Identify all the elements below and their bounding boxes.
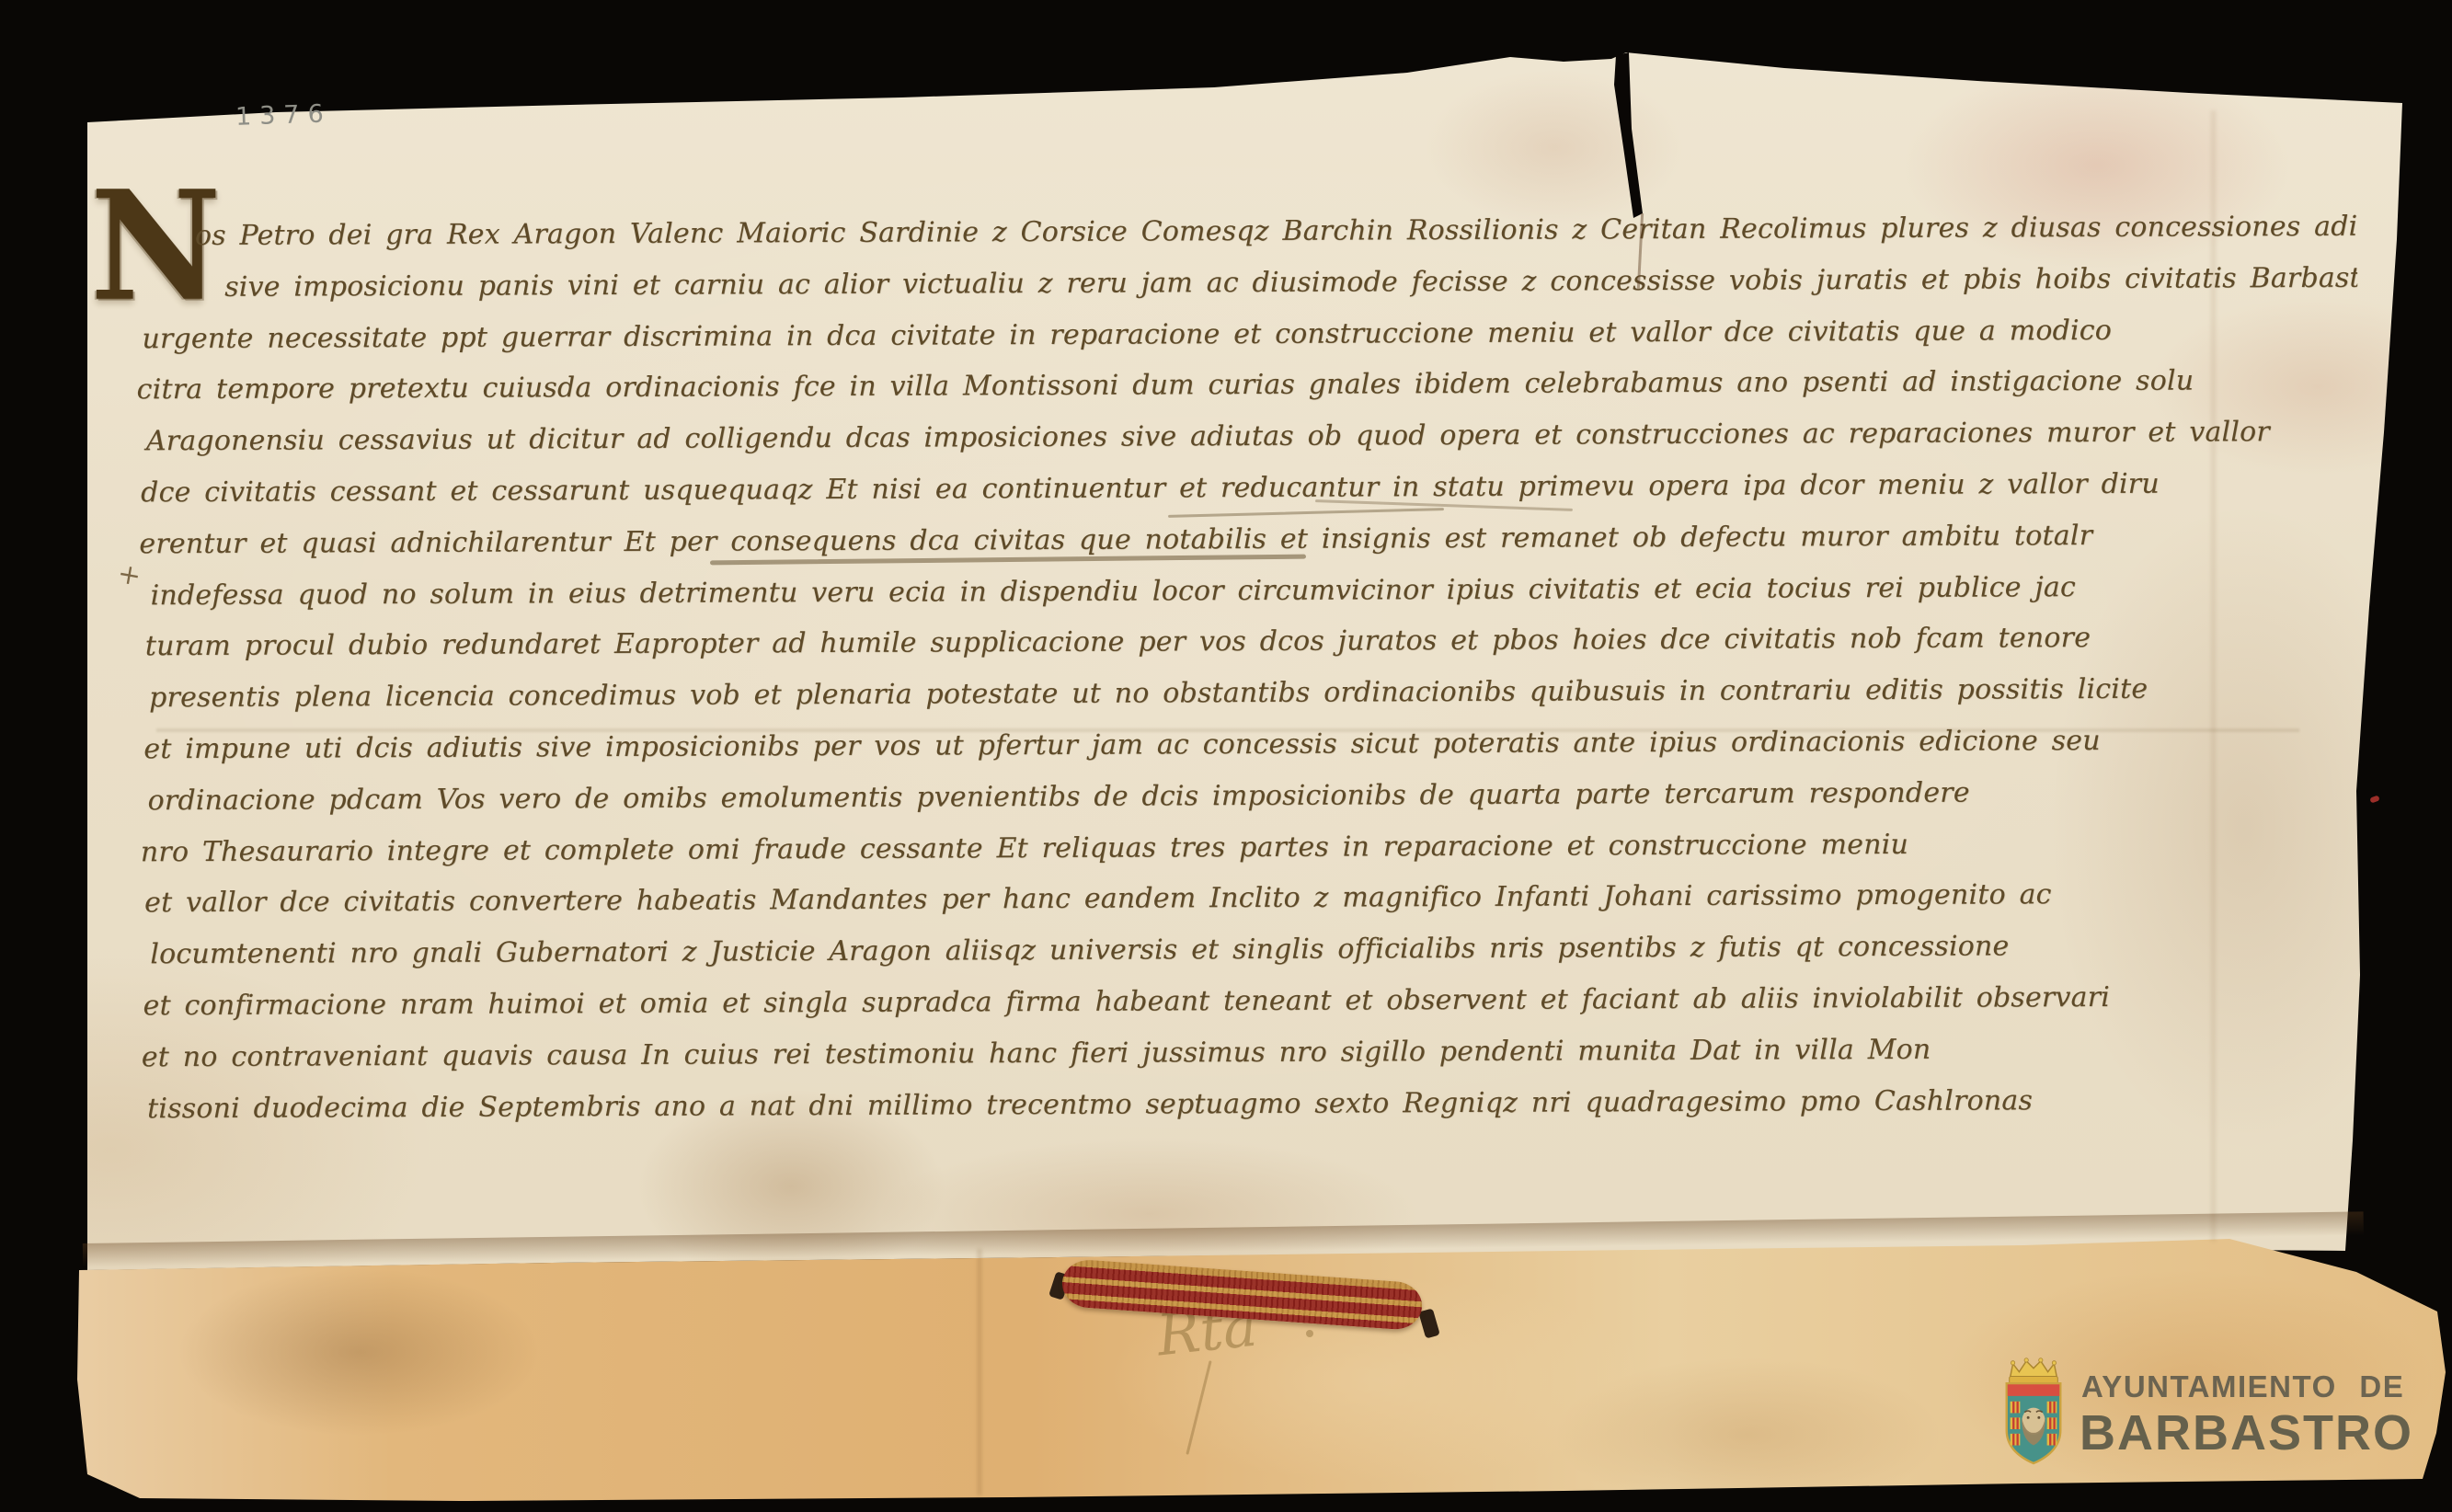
manuscript-line: sive imposicionu panis vini et carniu ac… xyxy=(136,253,2357,314)
plica-crease xyxy=(978,1249,981,1495)
watermark-org-name: AYUNTAMIENTO DE xyxy=(2081,1369,2404,1404)
barbastro-coat-of-arms-icon xyxy=(1998,1354,2069,1468)
red-fiber-speck xyxy=(2369,795,2379,803)
watermark-city-name: BARBASTRO xyxy=(2080,1404,2413,1461)
manuscript-line: tissoni duodecima die Septembris ano a n… xyxy=(140,1073,2361,1134)
manuscript-line: et confirmacione nram huimoi et omia et … xyxy=(139,971,2360,1032)
manuscript-line: et impune uti dcis adiutis sive imposici… xyxy=(138,715,2359,775)
registration-mark-dot xyxy=(1306,1330,1313,1337)
manuscript-line: et vallor dce civitatis convertere habea… xyxy=(139,868,2360,929)
manuscript-line: erentur et quasi adnichilarentur Et per … xyxy=(137,510,2358,570)
manuscript-line: presentis plena licencia concedimus vob … xyxy=(138,663,2359,724)
pencil-year-annotation: 1376 xyxy=(235,99,332,132)
archival-photo-background: 1376 N os Petro dei gra Rex Aragon Valen… xyxy=(0,0,2452,1512)
manuscript-line: dce civitatis cessant et cessarunt usque… xyxy=(137,458,2358,519)
manuscript-line: os Petro dei gra Rex Aragon Valenc Maior… xyxy=(136,201,2357,262)
manuscript-text-block: os Petro dei gra Rex Aragon Valenc Maior… xyxy=(136,201,2361,1145)
